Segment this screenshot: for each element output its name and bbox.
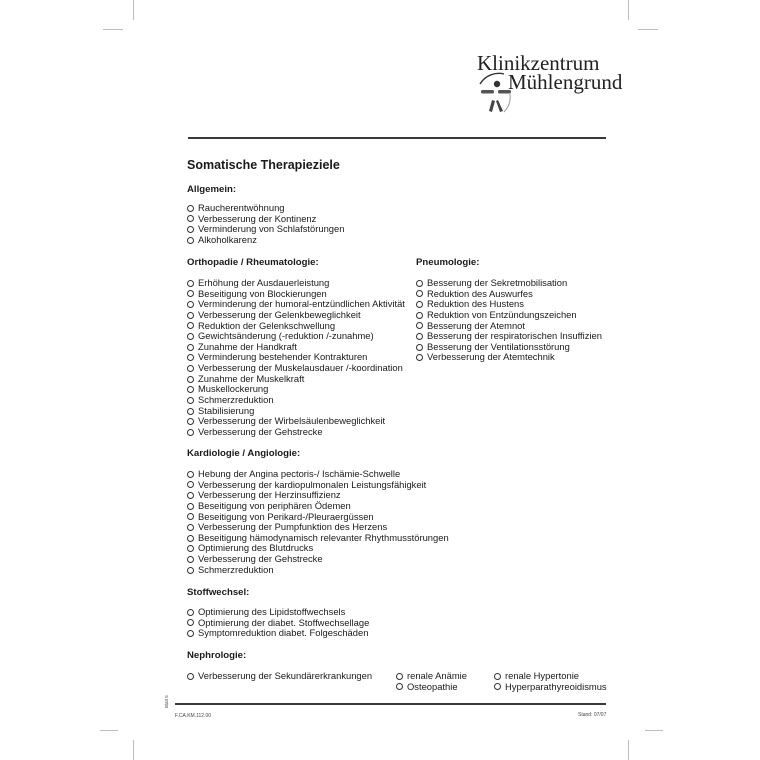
- radio-button[interactable]: [187, 312, 194, 319]
- radio-button[interactable]: [187, 481, 194, 488]
- radio-button[interactable]: [187, 503, 194, 510]
- list-orthopaedie: Erhöhung der Ausdauerleistung Beseitigun…: [187, 278, 405, 438]
- radio-button[interactable]: [416, 280, 423, 287]
- radio-button[interactable]: [187, 567, 194, 574]
- radio-button[interactable]: [187, 386, 194, 393]
- radio-button[interactable]: [416, 290, 423, 297]
- list-item: Verbesserung der Gehstrecke: [187, 427, 405, 438]
- crop-mark: [628, 740, 629, 760]
- list-nephrologie-col3: renale Hypertonie Hyperparathyreoidismus: [494, 671, 607, 692]
- version-stamp: Stand: 07/07: [578, 712, 606, 718]
- radio-button[interactable]: [187, 545, 194, 552]
- list-pneumologie: Besserung der Sekretmobilisation Redukti…: [416, 278, 602, 363]
- list-item: Verbesserung der Gelenkbeweglichkeit: [187, 310, 405, 321]
- list-kardiologie: Hebung der Angina pectoris-/ Ischämie-Sc…: [187, 469, 449, 575]
- radio-button[interactable]: [187, 524, 194, 531]
- radio-button[interactable]: [187, 215, 194, 222]
- radio-button[interactable]: [416, 354, 423, 361]
- section-heading-nephrologie: Nephrologie:: [187, 650, 246, 661]
- radio-button[interactable]: [187, 376, 194, 383]
- radio-button[interactable]: [187, 471, 194, 478]
- crop-mark: [628, 0, 629, 20]
- list-allgemein: Raucherentwöhnung Verbesserung der Konti…: [187, 203, 344, 246]
- list-item: Hyperparathyreoidismus: [494, 682, 607, 693]
- radio-button[interactable]: [187, 408, 194, 415]
- footer-rule: [175, 703, 606, 705]
- list-item: Verbesserung der Sekundärerkrankungen: [187, 671, 372, 682]
- list-item: Verbesserung der Atemtechnik: [416, 352, 602, 363]
- crop-mark: [645, 730, 663, 731]
- logo-line-2: Mühlengrund: [508, 71, 622, 93]
- section-heading-pneumologie: Pneumologie:: [416, 257, 479, 268]
- header-rule: [188, 137, 606, 139]
- list-stoffwechsel: Optimierung des Lipidstoffwechsels Optim…: [187, 607, 369, 639]
- radio-button[interactable]: [187, 333, 194, 340]
- radio-button[interactable]: [187, 290, 194, 297]
- radio-button[interactable]: [416, 333, 423, 340]
- list-nephrologie-col1: Verbesserung der Sekundärerkrankungen: [187, 671, 372, 682]
- page-title: Somatische Therapieziele: [187, 158, 340, 172]
- radio-button[interactable]: [187, 365, 194, 372]
- radio-button[interactable]: [494, 683, 501, 690]
- radio-button[interactable]: [187, 492, 194, 499]
- section-heading-orthopaedie: Orthopadie / Rheumatologie:: [187, 257, 319, 268]
- radio-button[interactable]: [187, 513, 194, 520]
- radio-button[interactable]: [416, 312, 423, 319]
- list-item: Osteopathie: [396, 682, 467, 693]
- radio-button[interactable]: [494, 673, 501, 680]
- radio-button[interactable]: [416, 344, 423, 351]
- radio-button[interactable]: [187, 535, 194, 542]
- list-item: Reduktion von Entzündungszeichen: [416, 310, 602, 321]
- radio-button[interactable]: [396, 673, 403, 680]
- section-heading-stoffwechsel: Stoffwechsel:: [187, 587, 249, 598]
- page-label: Blatt 5: [164, 695, 169, 708]
- radio-button[interactable]: [187, 418, 194, 425]
- radio-button[interactable]: [187, 237, 194, 244]
- list-item: Symptomreduktion diabet. Folgeschäden: [187, 628, 369, 639]
- list-item: Schmerzreduktion: [187, 565, 449, 576]
- radio-button[interactable]: [187, 280, 194, 287]
- radio-button[interactable]: [416, 301, 423, 308]
- radio-button[interactable]: [187, 630, 194, 637]
- radio-button[interactable]: [416, 322, 423, 329]
- radio-button[interactable]: [187, 556, 194, 563]
- crop-mark: [133, 0, 134, 20]
- list-nephrologie-col2: renale Anämie Osteopathie: [396, 671, 467, 692]
- stick-figure-arc-icon: [476, 68, 520, 118]
- crop-mark: [133, 740, 134, 760]
- list-item: Beseitigung von periphären Ödemen: [187, 501, 449, 512]
- radio-button[interactable]: [187, 354, 194, 361]
- crop-mark: [638, 29, 658, 30]
- radio-button[interactable]: [187, 429, 194, 436]
- section-heading-kardiologie: Kardiologie / Angiologie:: [187, 448, 300, 459]
- section-heading-allgemein: Allgemein:: [187, 184, 236, 195]
- list-item: Alkoholkarenz: [187, 235, 344, 246]
- radio-button[interactable]: [187, 205, 194, 212]
- radio-button[interactable]: [187, 673, 194, 680]
- radio-button[interactable]: [187, 619, 194, 626]
- crop-mark: [103, 29, 123, 30]
- form-code: F.CA.KM.112.00: [175, 713, 211, 719]
- radio-button[interactable]: [187, 609, 194, 616]
- radio-button[interactable]: [187, 226, 194, 233]
- radio-button[interactable]: [187, 301, 194, 308]
- radio-button[interactable]: [187, 397, 194, 404]
- radio-button[interactable]: [187, 322, 194, 329]
- radio-button[interactable]: [396, 683, 403, 690]
- radio-button[interactable]: [187, 344, 194, 351]
- crop-mark: [100, 730, 118, 731]
